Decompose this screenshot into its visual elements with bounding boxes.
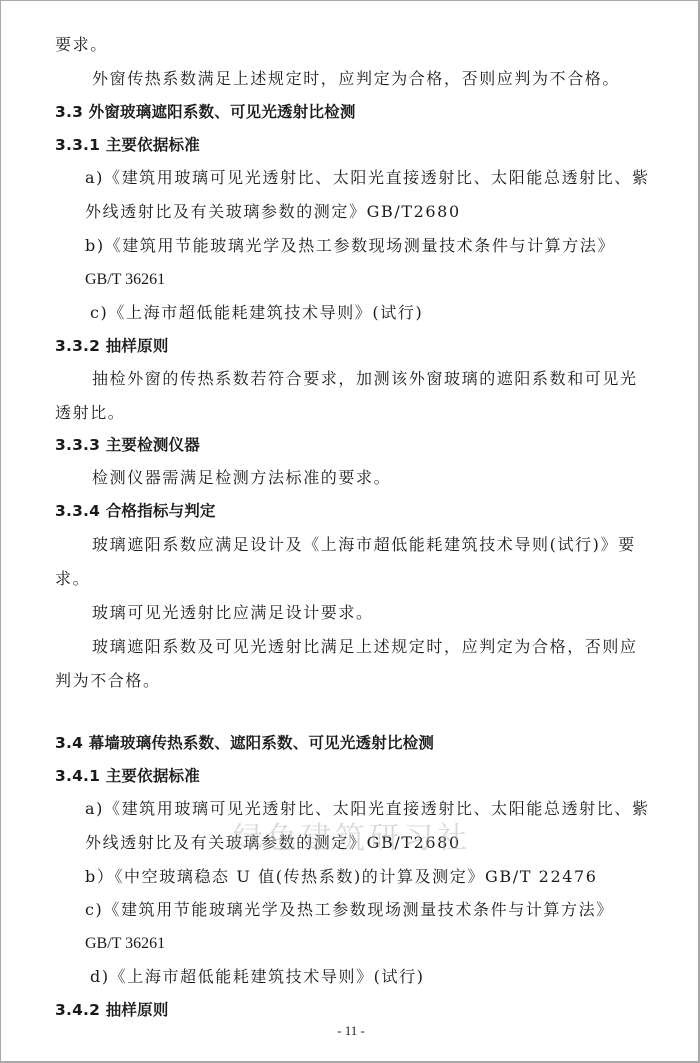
paragraph-sampling: 抽检外窗的传热系数若符合要求，加测该外窗玻璃的遮阳系数和可见光 xyxy=(92,369,638,389)
paragraph-shading-requirement-cont: 求。 xyxy=(55,569,90,589)
paragraph-window-judgement: 外窗传热系数满足上述规定时，应判定为合格，否则应判为不合格。 xyxy=(92,69,620,89)
subsection-heading-3-4-1: 3.4.1 主要依据标准 xyxy=(55,766,200,786)
page-number: - 11 - xyxy=(1,1023,700,1039)
paragraph-sampling-cont: 透射比。 xyxy=(55,403,125,423)
section-heading-3-3: 3.3 外窗玻璃遮阳系数、可见光透射比检测 xyxy=(55,102,356,122)
subsection-heading-3-3-2: 3.3.2 抽样原则 xyxy=(55,336,169,356)
document-page: 要求。 外窗传热系数满足上述规定时，应判定为合格，否则应判为不合格。 3.3 外… xyxy=(0,0,700,1063)
subsection-heading-3-3-4: 3.3.4 合格指标与判定 xyxy=(55,501,216,521)
paragraph-continuation: 要求。 xyxy=(55,35,108,55)
standard-item-d: d)《上海市超低能耗建筑技术导则》(试行) xyxy=(90,967,425,987)
standard-item-b-cont: GB/T 36261 xyxy=(85,270,165,290)
standard-item-c-cont: GB/T 36261 xyxy=(85,934,165,954)
standard-item-b: b）《中空玻璃稳态 U 值(传热系数)的计算及测定》GB/T 22476 xyxy=(85,867,598,887)
subsection-heading-3-4-2: 3.4.2 抽样原则 xyxy=(55,1000,169,1020)
subsection-heading-3-3-3: 3.3.3 主要检测仪器 xyxy=(55,435,200,455)
paragraph-shading-requirement: 玻璃遮阳系数应满足设计及《上海市超低能耗建筑技术导则(试行)》要 xyxy=(92,535,636,555)
standard-item-c: c)《上海市超低能耗建筑技术导则》(试行) xyxy=(90,303,423,323)
paragraph-glass-judgement-cont: 判为不合格。 xyxy=(55,671,161,691)
standard-item-a: a)《建筑用玻璃可见光透射比、太阳光直接透射比、太阳能总透射比、紫 xyxy=(85,799,650,819)
standard-item-a-cont: 外线透射比及有关玻璃参数的测定》GB/T2680 xyxy=(85,202,461,222)
section-heading-3-4: 3.4 幕墙玻璃传热系数、遮阳系数、可见光透射比检测 xyxy=(55,733,434,753)
standard-item-a: a)《建筑用玻璃可见光透射比、太阳光直接透射比、太阳能总透射比、紫 xyxy=(85,168,650,188)
paragraph-glass-judgement: 玻璃遮阳系数及可见光透射比满足上述规定时，应判定为合格，否则应 xyxy=(92,637,638,657)
standard-item-a-cont: 外线透射比及有关玻璃参数的测定》GB/T2680 xyxy=(85,833,461,853)
standard-item-b: b)《建筑用节能玻璃光学及热工参数现场测量技术条件与计算方法》 xyxy=(85,236,615,256)
paragraph-instruments: 检测仪器需满足检测方法标准的要求。 xyxy=(92,468,391,488)
standard-item-c: c)《建筑用节能玻璃光学及热工参数现场测量技术条件与计算方法》 xyxy=(85,900,614,920)
subsection-heading-3-3-1: 3.3.1 主要依据标准 xyxy=(55,135,200,155)
paragraph-visible-light-requirement: 玻璃可见光透射比应满足设计要求。 xyxy=(92,603,374,623)
